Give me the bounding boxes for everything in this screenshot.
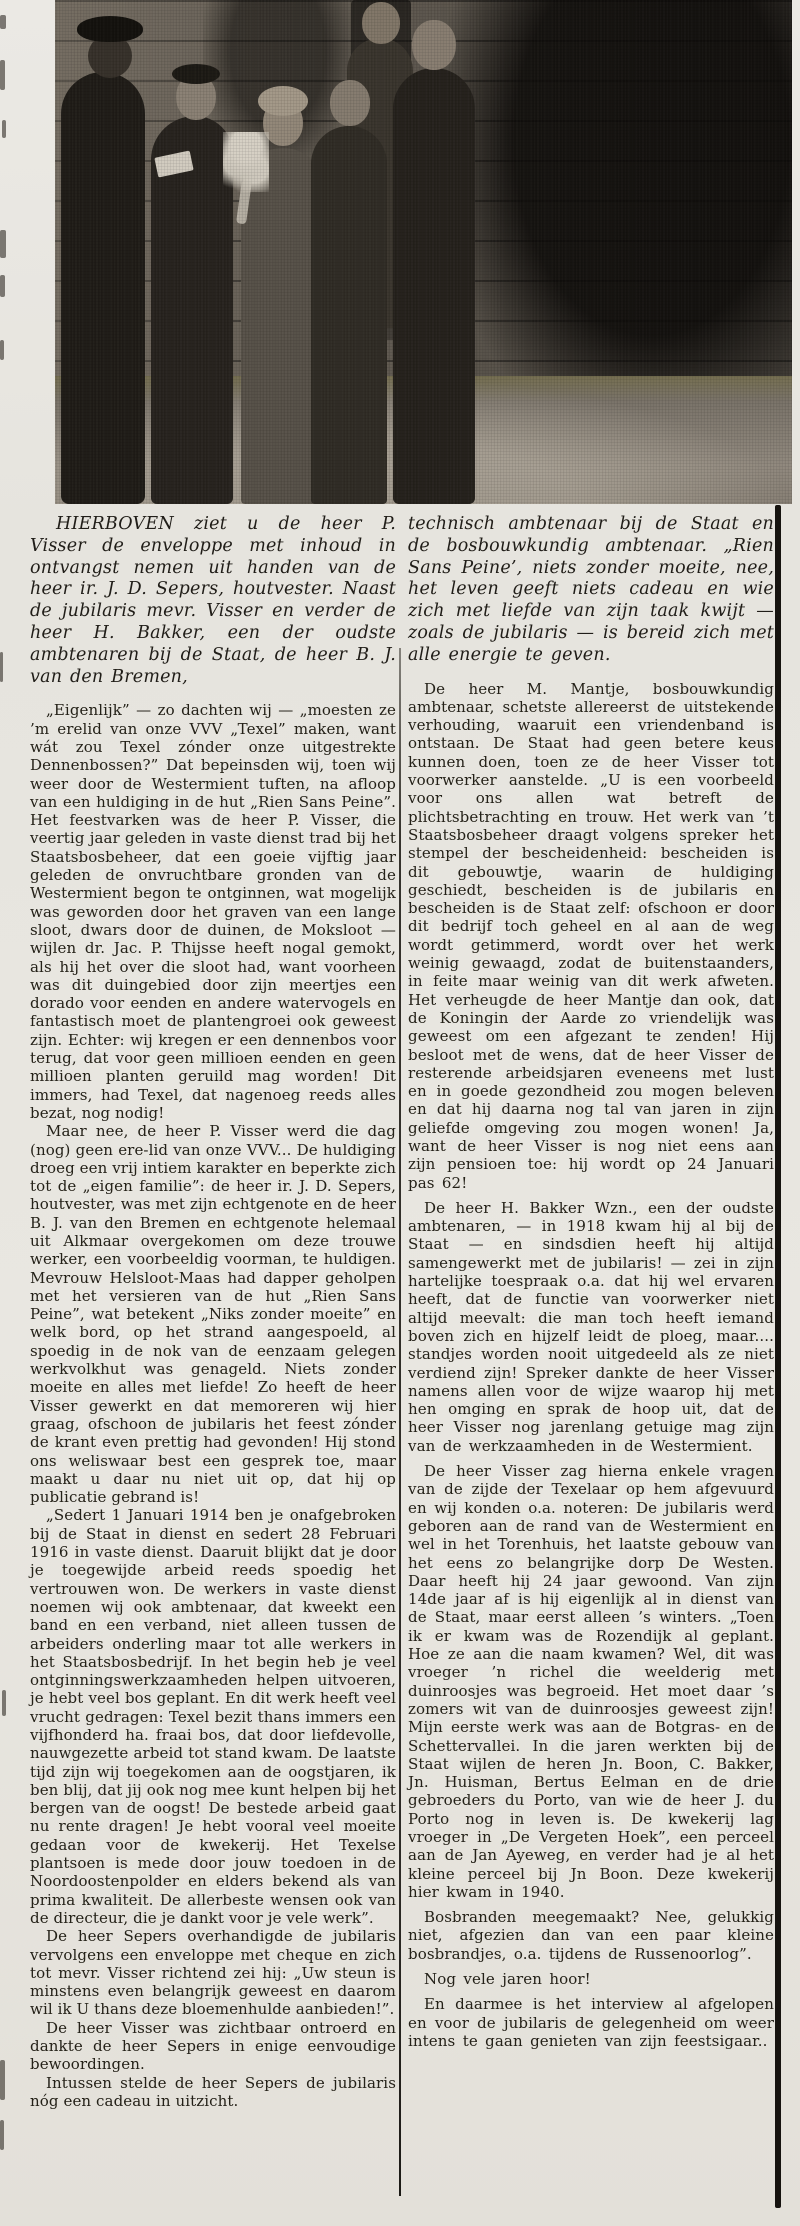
paragraph: De heer Visser zag hierna enkele vragen … — [408, 1462, 774, 1901]
paragraph: De heer M. Mantje, bosbouwkundig ambtena… — [408, 680, 774, 1192]
edge-artifact — [0, 652, 3, 682]
paragraph: De heer H. Bakker Wzn., een der oudste a… — [408, 1199, 774, 1455]
right-column-body: De heer M. Mantje, bosbouwkundig ambtena… — [408, 680, 774, 2051]
edge-artifact — [0, 2060, 5, 2100]
left-column: HIERBOVEN ziet u de heer P. Visser de en… — [30, 514, 396, 2110]
newspaper-clipping: HIERBOVEN ziet u de heer P. Visser de en… — [0, 0, 800, 2226]
paragraph: Maar nee, de heer P. Visser werd die dag… — [30, 1122, 396, 1506]
paragraph: En daarmee is het interview al afgelopen… — [408, 1995, 774, 2050]
jubilee-group-photo — [55, 0, 792, 504]
column-divider-rule — [399, 648, 401, 2196]
paragraph: De heer Visser was zichtbaar ontroerd en… — [30, 2019, 396, 2074]
edge-artifact — [0, 230, 6, 258]
edge-artifact — [2, 1690, 6, 1716]
edge-artifact — [0, 15, 6, 29]
paragraph: Nog vele jaren hoor! — [408, 1970, 774, 1988]
paragraph: „Sedert 1 Januari 1914 ben je onafgebrok… — [30, 1506, 396, 1927]
paragraph: Bosbranden meegemaakt? Nee, gelukkig nie… — [408, 1908, 774, 1963]
photo-halftone-overlay — [55, 0, 792, 504]
paragraph: „Eigenlijk” — zo dachten wij — „moesten … — [30, 701, 396, 1122]
photo-caption-left: HIERBOVEN ziet u de heer P. Visser de en… — [30, 514, 396, 688]
edge-artifact — [0, 2120, 4, 2150]
paragraph: Intussen stelde de heer Sepers de jubila… — [30, 2074, 396, 2111]
edge-artifact — [2, 120, 6, 138]
left-column-body: „Eigenlijk” — zo dachten wij — „moesten … — [30, 701, 396, 2110]
edge-artifact — [0, 275, 5, 297]
photo-caption-right: technisch ambtenaar bij de Staat en de b… — [408, 514, 774, 667]
right-edge-rule — [775, 505, 781, 2208]
right-column: technisch ambtenaar bij de Staat en de b… — [408, 514, 774, 2050]
paragraph: De heer Sepers overhandigde de jubilaris… — [30, 1927, 396, 2018]
edge-artifact — [0, 60, 5, 90]
edge-artifact — [0, 340, 4, 360]
